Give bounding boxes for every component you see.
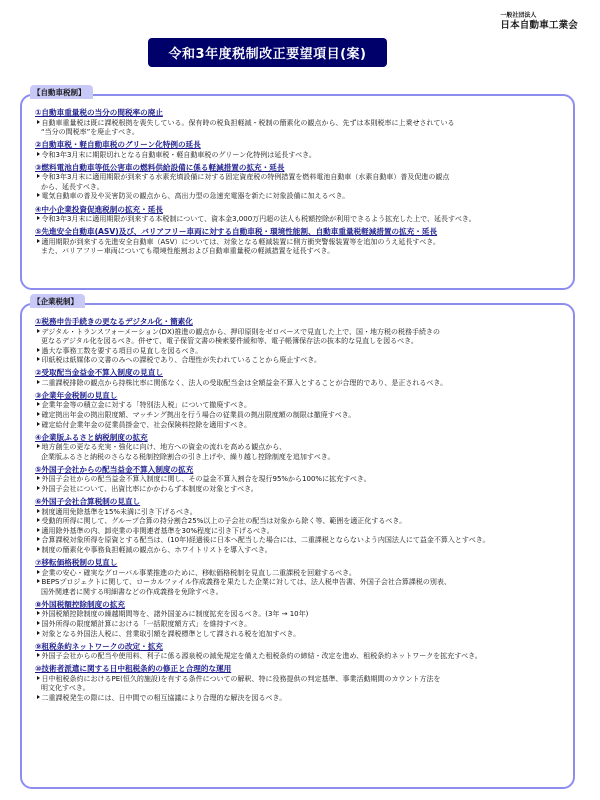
bullet-text: 国外所得の限度額計算における「一括限度額方式」を維持すべき。: [42, 620, 252, 628]
triangle-bullet-icon: [37, 402, 40, 406]
triangle-bullet-icon: [37, 621, 40, 625]
document-title-banner: 令和3年度税制改正要望項目(案): [148, 38, 387, 67]
request-item: ⑧外国税額控除制度の拡充外国税額控除制度の繰越期間等を、諸外国並みに制度拡充を図…: [35, 600, 565, 639]
request-item: ②自動車税・軽自動車税のグリーン化特例の延長令和3年3月末に期限切れとなる自動車…: [35, 140, 565, 160]
bullet-text: 令和3年3月末に適用期限が到来する本税制について、資本金3,000万円超の法人も…: [42, 215, 476, 223]
bullet-text: 外国税額控除制度の繰越期間等を、諸外国並みに制度拡充を図るべき。(3年 → 10…: [42, 610, 309, 618]
bullet-text: 企業年金等の積立金に対する「特別法人税」について撤廃すべき。: [42, 401, 251, 409]
bullet-point: 確定拠出年金の拠出限度額、マッチング拠出を行う場合の従業員の拠出限度額の制限は撤…: [35, 411, 565, 421]
bullet-point: 自動車重量税は既に課税根拠を喪失している。保有時の税負担軽減・税制の簡素化の観点…: [35, 119, 565, 138]
request-item: ②受取配当金益金不算入制度の見直し二重課税排除の観点から持株比率に関係なく、法人…: [35, 368, 565, 388]
triangle-bullet-icon: [37, 476, 40, 480]
triangle-bullet-icon: [37, 348, 40, 352]
bullet-text: 自動車重量税は既に課税根拠を喪失している。保有時の税負担軽減・税制の簡素化の観点…: [41, 119, 455, 137]
bullet-point: 合算課税対象所得を原資とする配当は、(10年)経過後に日本へ配当した場合には、二…: [35, 536, 565, 546]
bullet-point: 外国子会社からの配当や使用料、利子に係る源泉税の減免規定を備えた租税条約の締結・…: [35, 652, 565, 662]
bullet-point: 外国子会社について、出資比率にかかわらず本制度の対象とすべき。: [35, 485, 565, 495]
bullet-text: 外国子会社からの配当や使用料、利子に係る源泉税の減免規定を備えた租税条約の締結・…: [42, 652, 482, 660]
bullet-text: 確定拠出年金の拠出限度額、マッチング拠出を行う場合の従業員の拠出限度額の制限は撤…: [42, 411, 356, 419]
request-item: ⑥外国子会社合算税制の見直し制度適用免除基準を15%未満に引き下げるべき。受動的…: [35, 497, 565, 555]
triangle-bullet-icon: [37, 547, 40, 551]
bullet-point: 制度適用免除基準を15%未満に引き下げるべき。: [35, 508, 565, 518]
bullet-text: 印紙税は紙媒体の文書のみへの課税であり、合理性が失われていることから廃止すべき。: [42, 356, 321, 364]
bullet-text: BEPSプロジェクトに関して、ローカルファイル作成義務を果たした企業に対しては、…: [41, 578, 451, 596]
bullet-point: 二重課税排除の観点から持株比率に関係なく、法人の受取配当金は全額益金不算入とする…: [35, 379, 565, 389]
bullet-point: 適用除外基準の内、卸売業の非関連者基準を30%程度に引き下げるべき。: [35, 527, 565, 537]
request-item-title: ①税務申告手続きの更なるデジタル化・簡素化: [35, 317, 565, 328]
triangle-bullet-icon: [37, 653, 40, 657]
bullet-point: 確定給付企業年金の従業員掛金で、社会保険料控除を適用すべき。: [35, 421, 565, 431]
bullet-text: デジタル・トランスフォーメーション(DX)推進の観点から、押印原則をゼロベースで…: [41, 328, 440, 346]
bullet-text: 二重課税発生の際には、日中間での相互協議により合理的な解決を図るべき。: [42, 694, 287, 702]
document-title: 令和3年度税制改正要望項目(案): [169, 43, 367, 62]
request-item-title: ③燃料電池自動車等低公害車の燃料供給設備に係る軽減措置の拡充・延長: [35, 163, 565, 174]
bullet-point: 外国子会社からの配当益金不算入制度に関し、その益金不算入割合を現行95%から10…: [35, 475, 565, 485]
triangle-bullet-icon: [37, 380, 40, 384]
request-item: ④中小企業投資促進税制の拡充・延長令和3年3月末に適用期限が到来する本税制につい…: [35, 205, 565, 225]
bullet-point: 企業年金等の積立金に対する「特別法人税」について撤廃すべき。: [35, 401, 565, 411]
triangle-bullet-icon: [37, 239, 40, 243]
triangle-bullet-icon: [37, 412, 40, 416]
bullet-point: 受動的所得に関して、グループ合算の持分割合25%以上の子会社の配当は対象から除く…: [35, 517, 565, 527]
bullet-point: 適用期限が到来する先進安全自動車（ASV）については、対象となる軽減装置に側方衝…: [35, 238, 565, 257]
bullet-text: 対象となる外国法人税に、営業取引額を課税標準として課される税を追加すべき。: [42, 630, 301, 638]
request-item: ⑦移転価格税制の見直し企業の安心・確実なグローバル事業推進のために、移転価格税制…: [35, 558, 565, 597]
request-item: ⑨租税条約ネットワークの改定・拡充外国子会社からの配当や使用料、利子に係る源泉税…: [35, 642, 565, 662]
triangle-bullet-icon: [37, 537, 40, 541]
request-item-title: ⑤外国子会社からの配当益金不算入制度の拡充: [35, 465, 565, 476]
bullet-text: 確定給付企業年金の従業員掛金で、社会保険料控除を適用すべき。: [42, 421, 251, 429]
request-item-title: ④企業版ふるさと納税制度の拡充: [35, 433, 565, 444]
bullet-point: 二重課税発生の際には、日中間での相互協議により合理的な解決を図るべき。: [35, 694, 565, 704]
bullet-text: 外国子会社について、出資比率にかかわらず本制度の対象とすべき。: [42, 485, 258, 493]
bullet-text: 令和3年3月末に期限切れとなる自動車税・軽自動車税のグリーン化特例は延長すべき。: [42, 151, 316, 159]
request-item-title: ⑨租税条約ネットワークの改定・拡充: [35, 642, 565, 653]
request-item-title: ⑤先進安全自動車(ASV)及び、バリアフリー車両に対する自動車税・環境性能割、自…: [35, 227, 565, 238]
triangle-bullet-icon: [37, 611, 40, 615]
triangle-bullet-icon: [37, 216, 40, 220]
request-item-title: ②受取配当金益金不算入制度の見直し: [35, 368, 565, 379]
bullet-text: 日中租税条約におけるPE(恒久的施設)を有する条件についての解釈、特に役務提供の…: [41, 675, 440, 693]
request-item: ①税務申告手続きの更なるデジタル化・簡素化デジタル・トランスフォーメーション(D…: [35, 317, 565, 366]
triangle-bullet-icon: [37, 509, 40, 513]
section-corporate-tax: 【企業税制】 ①税務申告手続きの更なるデジタル化・簡素化デジタル・トランスフォー…: [20, 303, 575, 789]
request-item-title: ⑧外国税額控除制度の拡充: [35, 600, 565, 611]
bullet-text: 外国子会社からの配当益金不算入制度に関し、その益金不算入割合を現行95%から10…: [42, 475, 371, 483]
bullet-point: 印紙税は紙媒体の文書のみへの課税であり、合理性が失われていることから廃止すべき。: [35, 356, 565, 366]
triangle-bullet-icon: [37, 486, 40, 490]
request-item: ③企業年金税制の見直し企業年金等の積立金に対する「特別法人税」について撤廃すべき…: [35, 391, 565, 430]
bullet-text: 電気自動車の普及や災害防災の観点から、高出力型の急速充電器を新たに対象設備に加え…: [42, 192, 350, 200]
bullet-point: 過大な事務工数を要する項目の見直しを図るべき。: [35, 347, 565, 357]
bullet-point: 制度の簡素化や事務負担軽減の観点から、ホワイトリストを導入すべき。: [35, 546, 565, 556]
section-automobile-tax: 【自動車税制】 ①自動車重量税の当分の間税率の廃止自動車重量税は既に課税根拠を喪…: [20, 94, 575, 290]
bullet-point: BEPSプロジェクトに関して、ローカルファイル作成義務を果たした企業に対しては、…: [35, 578, 565, 597]
triangle-bullet-icon: [37, 120, 40, 124]
request-item-title: ④中小企業投資促進税制の拡充・延長: [35, 205, 565, 216]
bullet-point: 令和3年3月末に適用期限が到来する本税制について、資本金3,000万円超の法人も…: [35, 215, 565, 225]
bullet-point: 国外所得の限度額計算における「一括限度額方式」を維持すべき。: [35, 620, 565, 630]
request-item: ③燃料電池自動車等低公害車の燃料供給設備に係る軽減措置の拡充・延長令和3年3月末…: [35, 163, 565, 202]
bullet-text: 受動的所得に関して、グループ合算の持分割合25%以上の子会社の配当は対象から除く…: [42, 517, 407, 525]
triangle-bullet-icon: [37, 695, 40, 699]
triangle-bullet-icon: [37, 329, 40, 333]
bullet-text: 制度適用免除基準を15%未満に引き下げるべき。: [42, 508, 197, 516]
triangle-bullet-icon: [37, 174, 40, 178]
triangle-bullet-icon: [37, 676, 40, 680]
bullet-point: デジタル・トランスフォーメーション(DX)推進の観点から、押印原則をゼロベースで…: [35, 328, 565, 347]
triangle-bullet-icon: [37, 444, 40, 448]
request-item: ⑤外国子会社からの配当益金不算入制度の拡充外国子会社からの配当益金不算入制度に関…: [35, 465, 565, 495]
triangle-bullet-icon: [37, 422, 40, 426]
bullet-point: 日中租税条約におけるPE(恒久的施設)を有する条件についての解釈、特に役務提供の…: [35, 675, 565, 694]
request-item-title: ③企業年金税制の見直し: [35, 391, 565, 402]
bullet-point: 対象となる外国法人税に、営業取引額を課税標準として課される税を追加すべき。: [35, 630, 565, 640]
bullet-text: 合算課税対象所得を原資とする配当は、(10年)経過後に日本へ配当した場合には、二…: [42, 536, 490, 544]
bullet-text: 二重課税排除の観点から持株比率に関係なく、法人の受取配当金は全額益金不算入とする…: [42, 379, 448, 387]
bullet-point: 電気自動車の普及や災害防災の観点から、高出力型の急速充電器を新たに対象設備に加え…: [35, 192, 565, 202]
request-item: ⑩技術者派遣に関する日中租税条約の修正と合理的な運用日中租税条約におけるPE(恒…: [35, 664, 565, 703]
bullet-text: 適用期限が到来する先進安全自動車（ASV）については、対象となる軽減装置に側方衝…: [41, 238, 440, 256]
bullet-text: 令和3年3月末に適用期限が到来する水素充填設備に対する固定資産税の特例措置を燃料…: [41, 173, 449, 191]
organization-name: 日本自動車工業会: [500, 20, 578, 32]
triangle-bullet-icon: [37, 631, 40, 635]
bullet-text: 過大な事務工数を要する項目の見直しを図るべき。: [42, 347, 203, 355]
triangle-bullet-icon: [37, 518, 40, 522]
bullet-point: 令和3年3月末に期限切れとなる自動車税・軽自動車税のグリーン化特例は延長すべき。: [35, 151, 565, 161]
bullet-text: 適用除外基準の内、卸売業の非関連者基準を30%程度に引き下げるべき。: [42, 527, 274, 535]
request-item: ④企業版ふるさと納税制度の拡充地方創生の更なる充実・強化に向け、地方への資金の流…: [35, 433, 565, 463]
bullet-point: 令和3年3月末に適用期限が到来する水素充填設備に対する固定資産税の特例措置を燃料…: [35, 173, 565, 192]
bullet-point: 企業の安心・確実なグローバル事業推進のために、移転価格税制を見直し二重課税を回避…: [35, 569, 565, 579]
triangle-bullet-icon: [37, 528, 40, 532]
triangle-bullet-icon: [37, 570, 40, 574]
organization-header: 一般社団法人 日本自動車工業会: [500, 12, 578, 32]
organization-type: 一般社団法人: [500, 12, 578, 20]
triangle-bullet-icon: [37, 152, 40, 156]
request-item-title: ⑥外国子会社合算税制の見直し: [35, 497, 565, 508]
bullet-point: 外国税額控除制度の繰越期間等を、諸外国並みに制度拡充を図るべき。(3年 → 10…: [35, 610, 565, 620]
request-item-title: ⑦移転価格税制の見直し: [35, 558, 565, 569]
bullet-point: 地方創生の更なる充実・強化に向け、地方への資金の流れを高める観点から、 企業版ふ…: [35, 443, 565, 462]
section-label: 【企業税制】: [30, 294, 85, 308]
section-label: 【自動車税制】: [30, 85, 93, 99]
request-item: ⑤先進安全自動車(ASV)及び、バリアフリー車両に対する自動車税・環境性能割、自…: [35, 227, 565, 257]
bullet-text: 地方創生の更なる充実・強化に向け、地方への資金の流れを高める観点から、 企業版ふ…: [41, 443, 334, 461]
request-item: ①自動車重量税の当分の間税率の廃止自動車重量税は既に課税根拠を喪失している。保有…: [35, 108, 565, 138]
request-item-title: ①自動車重量税の当分の間税率の廃止: [35, 108, 565, 119]
section-body: ①税務申告手続きの更なるデジタル化・簡素化デジタル・トランスフォーメーション(D…: [35, 317, 565, 706]
request-item-title: ②自動車税・軽自動車税のグリーン化特例の延長: [35, 140, 565, 151]
triangle-bullet-icon: [37, 357, 40, 361]
bullet-text: 制度の簡素化や事務負担軽減の観点から、ホワイトリストを導入すべき。: [42, 546, 272, 554]
request-item-title: ⑩技術者派遣に関する日中租税条約の修正と合理的な運用: [35, 664, 565, 675]
section-body: ①自動車重量税の当分の間税率の廃止自動車重量税は既に課税根拠を喪失している。保有…: [35, 108, 565, 259]
triangle-bullet-icon: [37, 579, 40, 583]
bullet-text: 企業の安心・確実なグローバル事業推進のために、移転価格税制を見直し二重課税を回避…: [42, 569, 356, 577]
triangle-bullet-icon: [37, 193, 40, 197]
